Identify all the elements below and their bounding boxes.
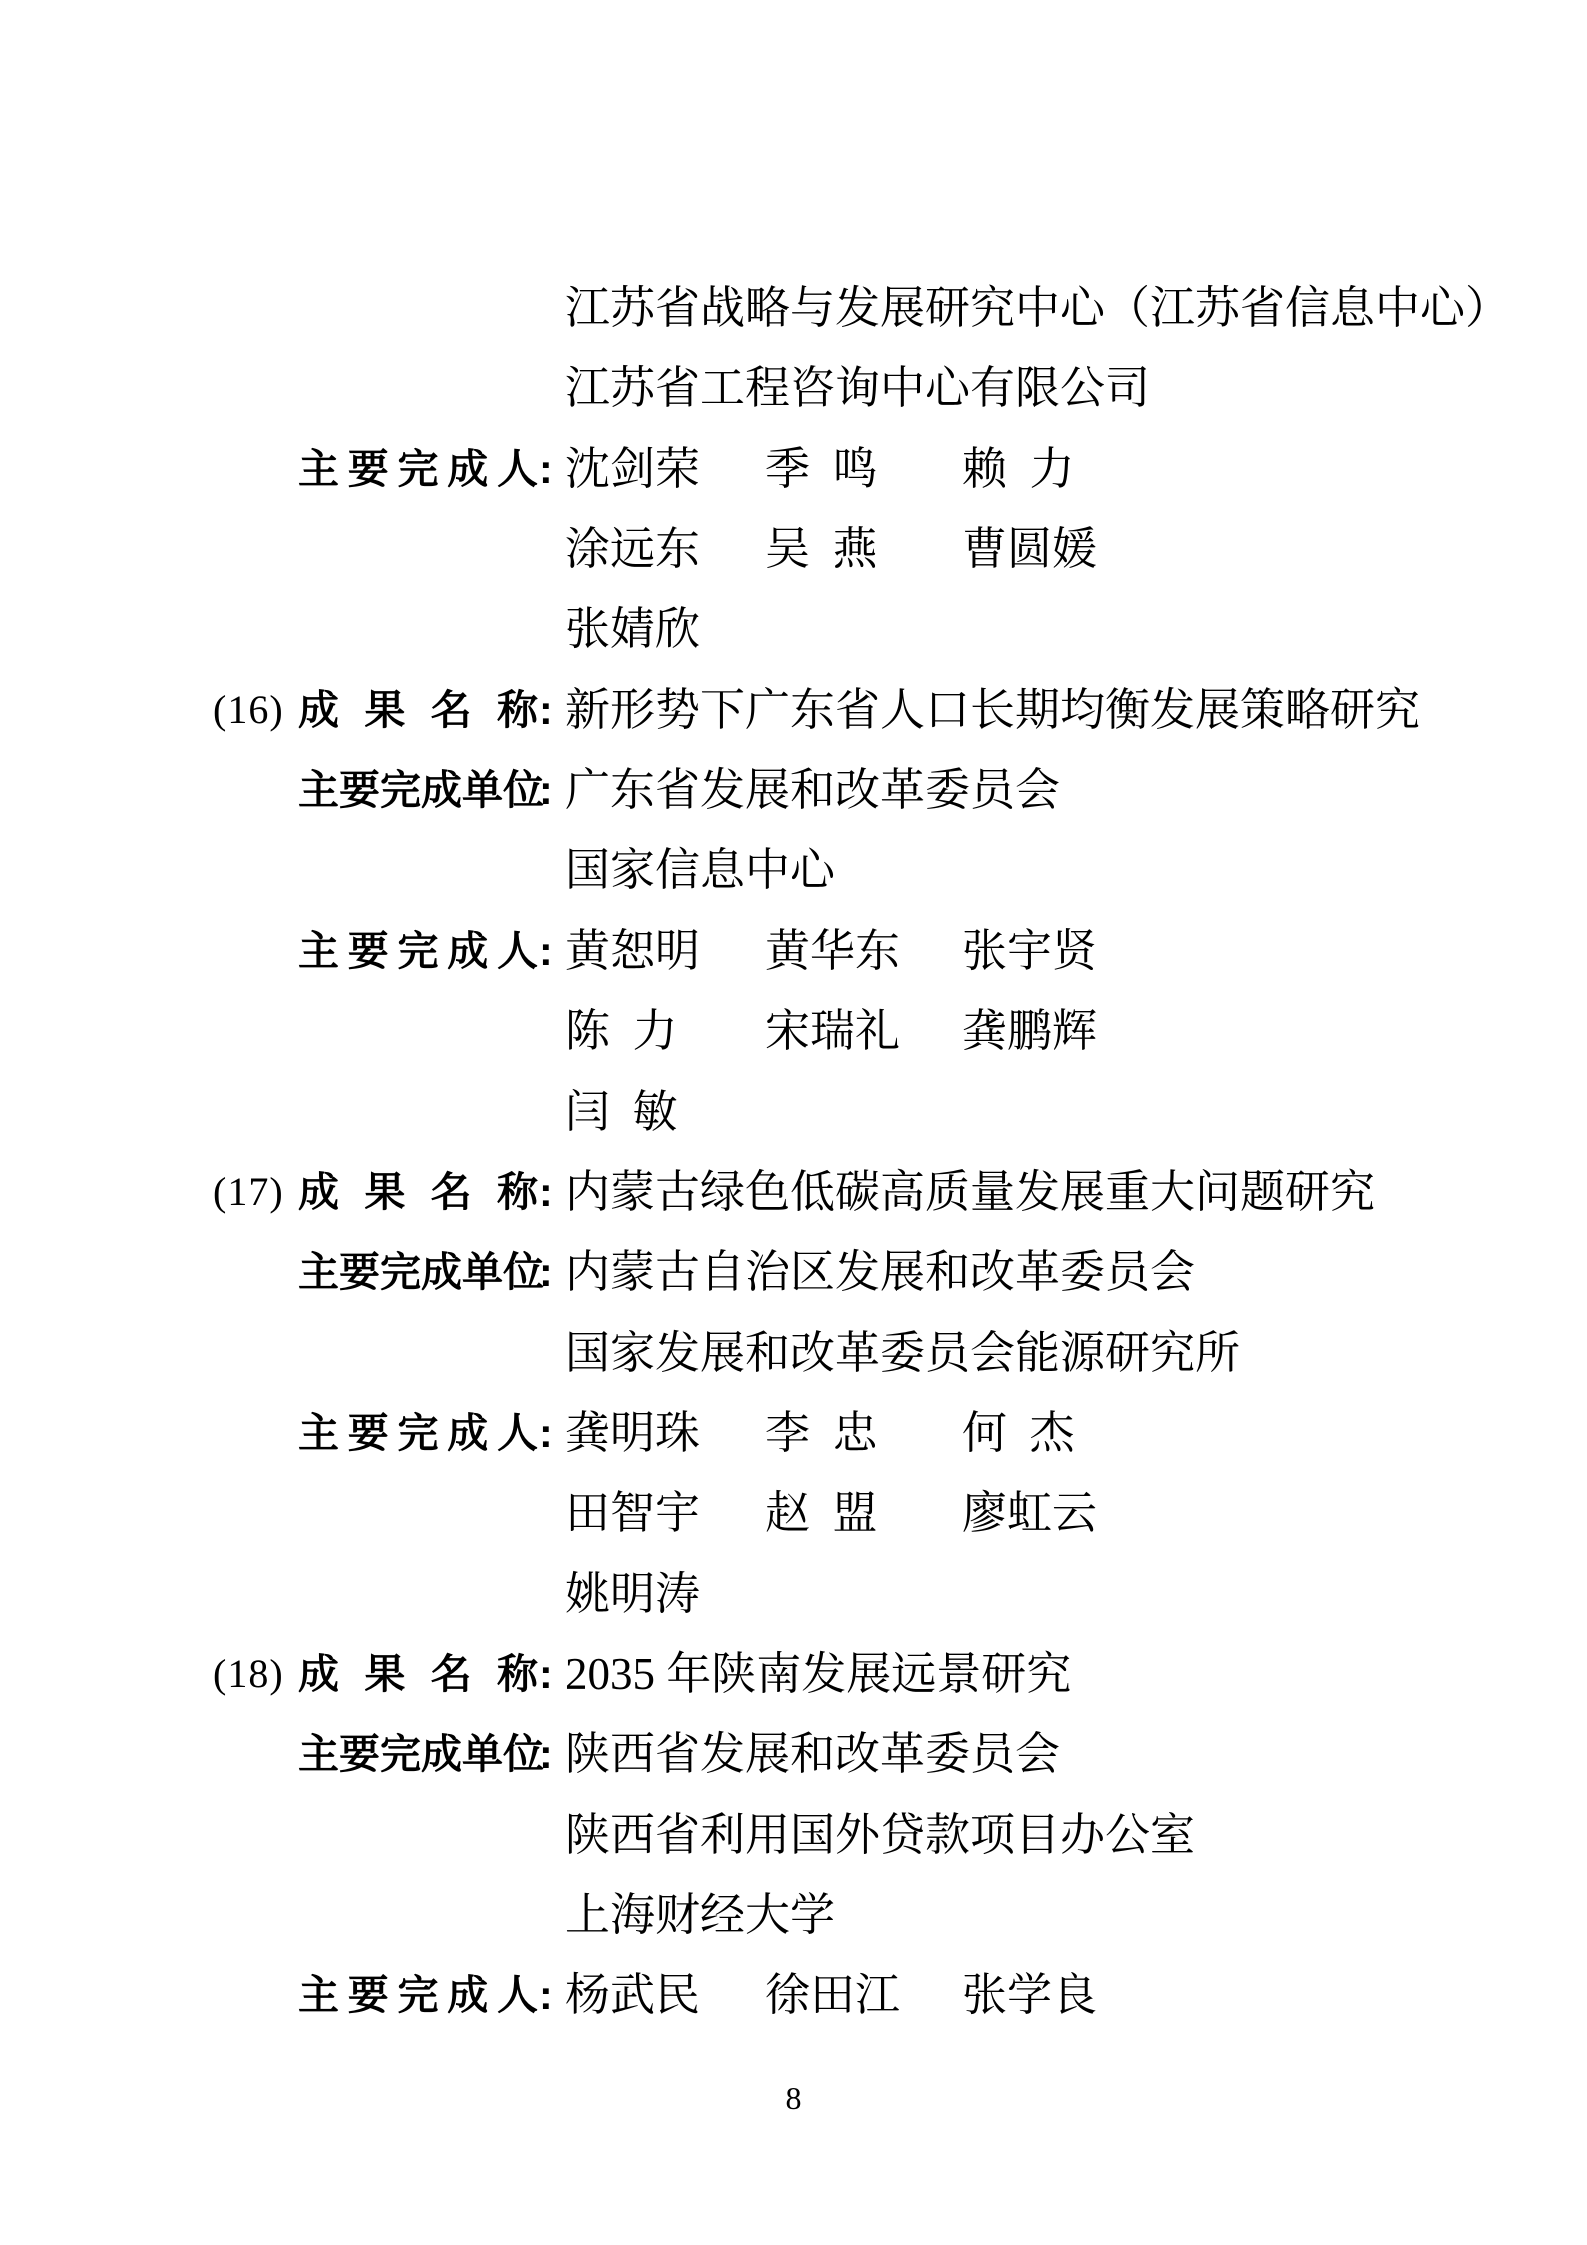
- person-name: 姚明涛: [565, 1554, 700, 1634]
- person-name: 季 鸣: [765, 429, 878, 509]
- title-label: 成果名称: [298, 1634, 538, 1714]
- text-line: 涂远东吴 燕曹圆媛: [0, 509, 1587, 589]
- text-line: 闫 敏: [0, 1072, 1587, 1152]
- person-name: 徐田江: [765, 1955, 900, 2035]
- person-name: 张婧欣: [565, 589, 700, 669]
- label-colon: :: [539, 911, 553, 991]
- person-name: 宋瑞礼: [765, 991, 900, 1071]
- unit-name: 上海财经大学: [565, 1875, 835, 1955]
- text-line: 主要完成单位:陕西省发展和改革委员会: [0, 1714, 1587, 1794]
- person-name: 黄恕明: [565, 911, 700, 991]
- person-name: 何 杰: [962, 1393, 1075, 1473]
- person-name: 沈剑荣: [565, 429, 700, 509]
- label-colon: :: [539, 1714, 553, 1794]
- text-line: (18)成果名称:2035 年陕南发展远景研究: [0, 1634, 1587, 1714]
- text-line: 江苏省战略与发展研究中心（江苏省信息中心）: [0, 268, 1587, 348]
- text-line: 田智宇赵 盟廖虹云: [0, 1473, 1587, 1553]
- people-label: 主要完成人: [298, 911, 538, 991]
- entry-index: (16): [213, 670, 284, 750]
- person-name: 闫 敏: [565, 1072, 678, 1152]
- person-name: 赖 力: [962, 429, 1075, 509]
- unit-name: 江苏省战略与发展研究中心（江苏省信息中心）: [565, 268, 1510, 348]
- person-name: 黄华东: [765, 911, 900, 991]
- unit-name: 内蒙古自治区发展和改革委员会: [565, 1232, 1195, 1312]
- person-name: 李 忠: [765, 1393, 878, 1473]
- unit-name: 国家发展和改革委员会能源研究所: [565, 1313, 1240, 1393]
- person-name: 田智宇: [565, 1473, 700, 1553]
- label-colon: :: [539, 1232, 553, 1312]
- person-name: 廖虹云: [962, 1473, 1097, 1553]
- document-page: 江苏省战略与发展研究中心（江苏省信息中心）江苏省工程咨询中心有限公司主要完成人:…: [0, 0, 1587, 2245]
- unit-name: 国家信息中心: [565, 830, 835, 910]
- units-label: 主要完成单位: [298, 750, 538, 830]
- text-line: 江苏省工程咨询中心有限公司: [0, 348, 1587, 428]
- text-line: 主要完成人:沈剑荣季 鸣赖 力: [0, 429, 1587, 509]
- text-line: 陕西省利用国外贷款项目办公室: [0, 1795, 1587, 1875]
- people-label: 主要完成人: [298, 1955, 538, 2035]
- title-label: 成果名称: [298, 1152, 538, 1232]
- label-colon: :: [539, 1152, 553, 1232]
- text-line: 主要完成单位:广东省发展和改革委员会: [0, 750, 1587, 830]
- label-colon: :: [539, 1955, 553, 2035]
- title-text: 新形势下广东省人口长期均衡发展策略研究: [565, 670, 1420, 750]
- label-colon: :: [539, 429, 553, 509]
- entry-index: (17): [213, 1152, 284, 1232]
- label-colon: :: [539, 670, 553, 750]
- text-line: 张婧欣: [0, 589, 1587, 669]
- text-line: 主要完成人:龚明珠李 忠何 杰: [0, 1393, 1587, 1473]
- title-label: 成果名称: [298, 670, 538, 750]
- title-text: 2035 年陕南发展远景研究: [565, 1634, 1071, 1714]
- text-line: (17)成果名称:内蒙古绿色低碳高质量发展重大问题研究: [0, 1152, 1587, 1232]
- label-colon: :: [539, 1393, 553, 1473]
- people-label: 主要完成人: [298, 429, 538, 509]
- text-line: 国家发展和改革委员会能源研究所: [0, 1313, 1587, 1393]
- people-label: 主要完成人: [298, 1393, 538, 1473]
- person-name: 曹圆媛: [962, 509, 1097, 589]
- person-name: 龚明珠: [565, 1393, 700, 1473]
- text-line: 姚明涛: [0, 1554, 1587, 1634]
- text-line: 主要完成人:黄恕明黄华东张宇贤: [0, 911, 1587, 991]
- person-name: 杨武民: [565, 1955, 700, 2035]
- unit-name: 陕西省利用国外贷款项目办公室: [565, 1795, 1195, 1875]
- unit-name: 广东省发展和改革委员会: [565, 750, 1060, 830]
- text-line: (16)成果名称:新形势下广东省人口长期均衡发展策略研究: [0, 670, 1587, 750]
- person-name: 张宇贤: [962, 911, 1097, 991]
- person-name: 吴 燕: [765, 509, 878, 589]
- text-line: 上海财经大学: [0, 1875, 1587, 1955]
- text-line: 陈 力宋瑞礼龚鹏辉: [0, 991, 1587, 1071]
- units-label: 主要完成单位: [298, 1232, 538, 1312]
- text-line: 主要完成人:杨武民徐田江张学良: [0, 1955, 1587, 2035]
- unit-name: 陕西省发展和改革委员会: [565, 1714, 1060, 1794]
- units-label: 主要完成单位: [298, 1714, 538, 1794]
- unit-name: 江苏省工程咨询中心有限公司: [565, 348, 1150, 428]
- label-colon: :: [539, 750, 553, 830]
- person-name: 赵 盟: [765, 1473, 878, 1553]
- person-name: 张学良: [962, 1955, 1097, 2035]
- label-colon: :: [539, 1634, 553, 1714]
- text-line: 主要完成单位:内蒙古自治区发展和改革委员会: [0, 1232, 1587, 1312]
- person-name: 涂远东: [565, 509, 700, 589]
- text-line: 国家信息中心: [0, 830, 1587, 910]
- entry-index: (18): [213, 1634, 284, 1714]
- title-text: 内蒙古绿色低碳高质量发展重大问题研究: [565, 1152, 1375, 1232]
- page-number: 8: [0, 2068, 1587, 2128]
- person-name: 陈 力: [565, 991, 678, 1071]
- person-name: 龚鹏辉: [962, 991, 1097, 1071]
